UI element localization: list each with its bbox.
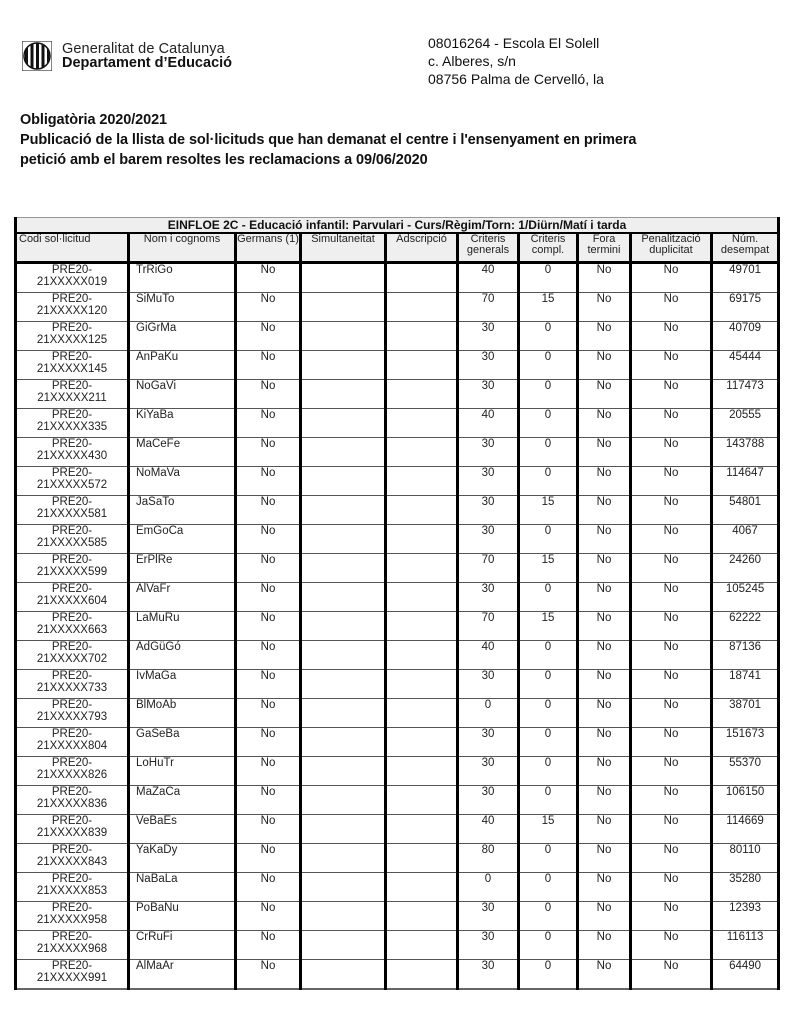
cell-compl: 0 bbox=[519, 409, 578, 438]
cell-generals: 30 bbox=[458, 902, 519, 931]
cell-fora: No bbox=[578, 786, 631, 815]
cell-desempat: 69175 bbox=[712, 293, 779, 322]
cell-adscr bbox=[386, 612, 458, 641]
cell-generals: 30 bbox=[458, 467, 519, 496]
cell-germans: No bbox=[236, 525, 301, 554]
col-adscripcio-header: Adscripció bbox=[386, 233, 458, 263]
col-penalitzacio-header: Penalització duplicitat bbox=[631, 233, 712, 263]
code-part1: PRE20- bbox=[17, 844, 127, 856]
cell-adscr bbox=[386, 496, 458, 525]
cell-adscr bbox=[386, 757, 458, 786]
code-part1: PRE20- bbox=[17, 902, 127, 914]
cell-penal: No bbox=[631, 554, 712, 583]
code-part1: PRE20- bbox=[17, 612, 127, 624]
table-row: PRE20-21XXXXX581JaSaToNo3015NoNo54801 bbox=[16, 496, 779, 525]
school-line1: 08016264 - Escola El Solell bbox=[428, 34, 604, 52]
cell-adscr bbox=[386, 409, 458, 438]
code-part2: 21XXXXX836 bbox=[17, 798, 127, 810]
cell-codi: PRE20-21XXXXX585 bbox=[16, 525, 129, 554]
cell-name: SiMuTo bbox=[129, 293, 236, 322]
code-part1: PRE20- bbox=[17, 641, 127, 653]
code-part2: 21XXXXX019 bbox=[17, 276, 127, 288]
cell-desempat: 45444 bbox=[712, 351, 779, 380]
cell-name: YaKaDy bbox=[129, 844, 236, 873]
cell-penal: No bbox=[631, 728, 712, 757]
cell-compl: 15 bbox=[519, 496, 578, 525]
cell-penal: No bbox=[631, 960, 712, 990]
cell-name: PoBaNu bbox=[129, 902, 236, 931]
col-desempat-header: Núm. desempat bbox=[712, 233, 779, 263]
cell-simult bbox=[301, 409, 386, 438]
cell-fora: No bbox=[578, 757, 631, 786]
table-row: PRE20-21XXXXX733IvMaGaNo300NoNo18741 bbox=[16, 670, 779, 699]
cell-fora: No bbox=[578, 670, 631, 699]
cell-adscr bbox=[386, 844, 458, 873]
cell-name: NoMaVa bbox=[129, 467, 236, 496]
cell-generals: 0 bbox=[458, 873, 519, 902]
school-address: 08016264 - Escola El Solell c. Alberes, … bbox=[428, 34, 604, 88]
table-row: PRE20-21XXXXX793BlMoAbNo00NoNo38701 bbox=[16, 699, 779, 728]
cell-desempat: 87136 bbox=[712, 641, 779, 670]
cell-penal: No bbox=[631, 786, 712, 815]
cell-fora: No bbox=[578, 525, 631, 554]
cell-germans: No bbox=[236, 931, 301, 960]
cell-generals: 70 bbox=[458, 612, 519, 641]
cell-name: AlMaAr bbox=[129, 960, 236, 990]
cell-adscr bbox=[386, 293, 458, 322]
cell-compl: 0 bbox=[519, 728, 578, 757]
cell-desempat: 64490 bbox=[712, 960, 779, 990]
cell-generals: 30 bbox=[458, 931, 519, 960]
table-row: PRE20-21XXXXX702AdGüGóNo400NoNo87136 bbox=[16, 641, 779, 670]
cell-penal: No bbox=[631, 815, 712, 844]
code-part1: PRE20- bbox=[17, 380, 127, 392]
cell-penal: No bbox=[631, 263, 712, 293]
cell-desempat: 62222 bbox=[712, 612, 779, 641]
cell-codi: PRE20-21XXXXX843 bbox=[16, 844, 129, 873]
table-row: PRE20-21XXXXX968CrRuFiNo300NoNo116113 bbox=[16, 931, 779, 960]
cell-desempat: 116113 bbox=[712, 931, 779, 960]
code-part1: PRE20- bbox=[17, 699, 127, 711]
cell-fora: No bbox=[578, 467, 631, 496]
cell-name: EmGoCa bbox=[129, 525, 236, 554]
code-part2: 21XXXXX804 bbox=[17, 740, 127, 752]
cell-desempat: 35280 bbox=[712, 873, 779, 902]
code-part1: PRE20- bbox=[17, 728, 127, 740]
cell-codi: PRE20-21XXXXX120 bbox=[16, 293, 129, 322]
cell-name: IvMaGa bbox=[129, 670, 236, 699]
code-part2: 21XXXXX663 bbox=[17, 624, 127, 636]
cell-desempat: 114669 bbox=[712, 815, 779, 844]
cell-compl: 0 bbox=[519, 873, 578, 902]
cell-simult bbox=[301, 263, 386, 293]
cell-generals: 40 bbox=[458, 641, 519, 670]
cell-fora: No bbox=[578, 960, 631, 990]
cell-codi: PRE20-21XXXXX836 bbox=[16, 786, 129, 815]
table-header-row: Codi sol·licitudNom i cognomsGermans (1)… bbox=[16, 233, 779, 263]
code-part1: PRE20- bbox=[17, 554, 127, 566]
cell-germans: No bbox=[236, 844, 301, 873]
code-part2: 21XXXXX733 bbox=[17, 682, 127, 694]
code-part2: 21XXXXX572 bbox=[17, 479, 127, 491]
cell-name: JaSaTo bbox=[129, 496, 236, 525]
cell-simult bbox=[301, 438, 386, 467]
cell-penal: No bbox=[631, 380, 712, 409]
code-part2: 21XXXXX430 bbox=[17, 450, 127, 462]
code-part2: 21XXXXX581 bbox=[17, 508, 127, 520]
cell-fora: No bbox=[578, 902, 631, 931]
cell-fora: No bbox=[578, 699, 631, 728]
cell-simult bbox=[301, 641, 386, 670]
cell-penal: No bbox=[631, 293, 712, 322]
code-part1: PRE20- bbox=[17, 960, 127, 972]
code-part1: PRE20- bbox=[17, 264, 127, 276]
cell-codi: PRE20-21XXXXX839 bbox=[16, 815, 129, 844]
cell-name: VeBaEs bbox=[129, 815, 236, 844]
cell-adscr bbox=[386, 322, 458, 351]
cell-penal: No bbox=[631, 351, 712, 380]
cell-name: CrRuFi bbox=[129, 931, 236, 960]
cell-germans: No bbox=[236, 351, 301, 380]
cell-desempat: 38701 bbox=[712, 699, 779, 728]
cell-compl: 0 bbox=[519, 263, 578, 293]
cell-codi: PRE20-21XXXXX581 bbox=[16, 496, 129, 525]
cell-simult bbox=[301, 931, 386, 960]
table-row: PRE20-21XXXXX826LoHuTrNo300NoNo55370 bbox=[16, 757, 779, 786]
cell-simult bbox=[301, 380, 386, 409]
cell-codi: PRE20-21XXXXX335 bbox=[16, 409, 129, 438]
cell-germans: No bbox=[236, 438, 301, 467]
cell-name: GiGrMa bbox=[129, 322, 236, 351]
cell-germans: No bbox=[236, 670, 301, 699]
cell-penal: No bbox=[631, 322, 712, 351]
code-part1: PRE20- bbox=[17, 293, 127, 305]
cell-simult bbox=[301, 467, 386, 496]
col-nom-header: Nom i cognoms bbox=[129, 233, 236, 263]
cell-desempat: 80110 bbox=[712, 844, 779, 873]
cell-compl: 15 bbox=[519, 612, 578, 641]
cell-name: AnPaKu bbox=[129, 351, 236, 380]
cell-fora: No bbox=[578, 728, 631, 757]
cell-germans: No bbox=[236, 293, 301, 322]
cell-adscr bbox=[386, 554, 458, 583]
code-part2: 21XXXXX120 bbox=[17, 305, 127, 317]
cell-desempat: 40709 bbox=[712, 322, 779, 351]
cell-codi: PRE20-21XXXXX991 bbox=[16, 960, 129, 990]
code-part2: 21XXXXX968 bbox=[17, 943, 127, 955]
cell-compl: 0 bbox=[519, 583, 578, 612]
table-row: PRE20-21XXXXX599ErPlReNo7015NoNo24260 bbox=[16, 554, 779, 583]
cell-adscr bbox=[386, 641, 458, 670]
cell-generals: 30 bbox=[458, 351, 519, 380]
code-part2: 21XXXXX853 bbox=[17, 885, 127, 897]
cell-compl: 15 bbox=[519, 554, 578, 583]
cell-fora: No bbox=[578, 641, 631, 670]
col-germans-header: Germans (1) bbox=[236, 233, 301, 263]
cell-simult bbox=[301, 873, 386, 902]
cell-simult bbox=[301, 786, 386, 815]
code-part1: PRE20- bbox=[17, 525, 127, 537]
cell-codi: PRE20-21XXXXX604 bbox=[16, 583, 129, 612]
cell-fora: No bbox=[578, 612, 631, 641]
organization-name: Generalitat de Catalunya Departament d’E… bbox=[62, 42, 232, 70]
cell-compl: 0 bbox=[519, 670, 578, 699]
cell-germans: No bbox=[236, 757, 301, 786]
cell-name: ErPlRe bbox=[129, 554, 236, 583]
title-description-1: Publicació de la llista de sol·licituds … bbox=[20, 130, 636, 150]
cell-generals: 0 bbox=[458, 699, 519, 728]
cell-penal: No bbox=[631, 496, 712, 525]
cell-compl: 0 bbox=[519, 931, 578, 960]
cell-generals: 30 bbox=[458, 670, 519, 699]
cell-codi: PRE20-21XXXXX211 bbox=[16, 380, 129, 409]
cell-adscr bbox=[386, 902, 458, 931]
cell-compl: 15 bbox=[519, 815, 578, 844]
cell-desempat: 143788 bbox=[712, 438, 779, 467]
cell-simult bbox=[301, 322, 386, 351]
cell-name: NoGaVi bbox=[129, 380, 236, 409]
table-row: PRE20-21XXXXX585EmGoCaNo300NoNo4067 bbox=[16, 525, 779, 554]
cell-compl: 0 bbox=[519, 699, 578, 728]
code-part2: 21XXXXX793 bbox=[17, 711, 127, 723]
cell-desempat: 151673 bbox=[712, 728, 779, 757]
code-part2: 21XXXXX599 bbox=[17, 566, 127, 578]
table-row: PRE20-21XXXXX843YaKaDyNo800NoNo80110 bbox=[16, 844, 779, 873]
cell-penal: No bbox=[631, 844, 712, 873]
cell-adscr bbox=[386, 263, 458, 293]
cell-compl: 0 bbox=[519, 351, 578, 380]
cell-simult bbox=[301, 728, 386, 757]
cell-compl: 15 bbox=[519, 293, 578, 322]
applications-table: EINFLOE 2C - Educació infantil: Parvular… bbox=[14, 217, 777, 990]
cell-adscr bbox=[386, 438, 458, 467]
table-row: PRE20-21XXXXX663LaMuRuNo7015NoNo62222 bbox=[16, 612, 779, 641]
cell-codi: PRE20-21XXXXX125 bbox=[16, 322, 129, 351]
cell-penal: No bbox=[631, 670, 712, 699]
cell-adscr bbox=[386, 351, 458, 380]
code-part1: PRE20- bbox=[17, 467, 127, 479]
code-part2: 21XXXXX826 bbox=[17, 769, 127, 781]
code-part2: 21XXXXX702 bbox=[17, 653, 127, 665]
cell-name: GaSeBa bbox=[129, 728, 236, 757]
cell-adscr bbox=[386, 699, 458, 728]
cell-penal: No bbox=[631, 409, 712, 438]
cell-name: NaBaLa bbox=[129, 873, 236, 902]
cell-desempat: 114647 bbox=[712, 467, 779, 496]
cell-adscr bbox=[386, 815, 458, 844]
table-row: PRE20-21XXXXX125GiGrMaNo300NoNo40709 bbox=[16, 322, 779, 351]
code-part1: PRE20- bbox=[17, 496, 127, 508]
cell-codi: PRE20-21XXXXX702 bbox=[16, 641, 129, 670]
cell-penal: No bbox=[631, 438, 712, 467]
table-row: PRE20-21XXXXX839VeBaEsNo4015NoNo114669 bbox=[16, 815, 779, 844]
cell-desempat: 12393 bbox=[712, 902, 779, 931]
cell-generals: 30 bbox=[458, 960, 519, 990]
cell-germans: No bbox=[236, 960, 301, 990]
cell-codi: PRE20-21XXXXX663 bbox=[16, 612, 129, 641]
code-part2: 21XXXXX843 bbox=[17, 856, 127, 868]
cell-simult bbox=[301, 699, 386, 728]
document-title: Obligatòria 2020/2021 Publicació de la l… bbox=[20, 110, 636, 170]
cell-adscr bbox=[386, 525, 458, 554]
cell-penal: No bbox=[631, 902, 712, 931]
cell-germans: No bbox=[236, 554, 301, 583]
table-row: PRE20-21XXXXX958PoBaNuNo300NoNo12393 bbox=[16, 902, 779, 931]
cell-penal: No bbox=[631, 612, 712, 641]
code-part1: PRE20- bbox=[17, 351, 127, 363]
code-part2: 21XXXXX991 bbox=[17, 972, 127, 984]
cell-adscr bbox=[386, 583, 458, 612]
cell-codi: PRE20-21XXXXX853 bbox=[16, 873, 129, 902]
cell-desempat: 24260 bbox=[712, 554, 779, 583]
code-part1: PRE20- bbox=[17, 409, 127, 421]
code-part2: 21XXXXX958 bbox=[17, 914, 127, 926]
table-row: PRE20-21XXXXX145AnPaKuNo300NoNo45444 bbox=[16, 351, 779, 380]
cell-generals: 30 bbox=[458, 728, 519, 757]
cell-adscr bbox=[386, 670, 458, 699]
cell-fora: No bbox=[578, 380, 631, 409]
cell-generals: 40 bbox=[458, 409, 519, 438]
cell-germans: No bbox=[236, 641, 301, 670]
cell-desempat: 105245 bbox=[712, 583, 779, 612]
code-part2: 21XXXXX125 bbox=[17, 334, 127, 346]
cell-desempat: 18741 bbox=[712, 670, 779, 699]
cell-generals: 30 bbox=[458, 583, 519, 612]
cell-adscr bbox=[386, 467, 458, 496]
title-year: Obligatòria 2020/2021 bbox=[20, 110, 636, 130]
cell-generals: 30 bbox=[458, 757, 519, 786]
cell-germans: No bbox=[236, 496, 301, 525]
code-part2: 21XXXXX145 bbox=[17, 363, 127, 375]
table-row: PRE20-21XXXXX853NaBaLaNo00NoNo35280 bbox=[16, 873, 779, 902]
cell-penal: No bbox=[631, 699, 712, 728]
cell-generals: 30 bbox=[458, 496, 519, 525]
cell-name: TrRiGo bbox=[129, 263, 236, 293]
cell-compl: 0 bbox=[519, 960, 578, 990]
cell-codi: PRE20-21XXXXX599 bbox=[16, 554, 129, 583]
cell-fora: No bbox=[578, 293, 631, 322]
org-line1: Generalitat de Catalunya bbox=[62, 42, 232, 56]
cell-compl: 0 bbox=[519, 322, 578, 351]
cell-compl: 0 bbox=[519, 844, 578, 873]
cell-penal: No bbox=[631, 873, 712, 902]
cell-germans: No bbox=[236, 699, 301, 728]
cell-simult bbox=[301, 554, 386, 583]
cell-generals: 30 bbox=[458, 786, 519, 815]
cell-adscr bbox=[386, 786, 458, 815]
cell-adscr bbox=[386, 960, 458, 990]
cell-fora: No bbox=[578, 409, 631, 438]
cell-compl: 0 bbox=[519, 525, 578, 554]
col-fora-termini-header: Fora termini bbox=[578, 233, 631, 263]
cell-compl: 0 bbox=[519, 786, 578, 815]
cell-penal: No bbox=[631, 641, 712, 670]
cell-fora: No bbox=[578, 554, 631, 583]
table-row: PRE20-21XXXXX019TrRiGoNo400NoNo49701 bbox=[16, 263, 779, 293]
cell-germans: No bbox=[236, 728, 301, 757]
cell-compl: 0 bbox=[519, 641, 578, 670]
title-description-2: petició amb el barem resoltes les reclam… bbox=[20, 150, 636, 170]
cell-fora: No bbox=[578, 873, 631, 902]
org-line2: Departament d’Educació bbox=[62, 56, 232, 70]
cell-germans: No bbox=[236, 786, 301, 815]
code-part1: PRE20- bbox=[17, 670, 127, 682]
cell-adscr bbox=[386, 728, 458, 757]
cell-fora: No bbox=[578, 351, 631, 380]
cell-germans: No bbox=[236, 583, 301, 612]
cell-generals: 40 bbox=[458, 815, 519, 844]
cell-generals: 30 bbox=[458, 438, 519, 467]
code-part2: 21XXXXX604 bbox=[17, 595, 127, 607]
cell-fora: No bbox=[578, 263, 631, 293]
cell-simult bbox=[301, 496, 386, 525]
cell-adscr bbox=[386, 380, 458, 409]
cell-codi: PRE20-21XXXXX572 bbox=[16, 467, 129, 496]
table-row: PRE20-21XXXXX335KiYaBaNo400NoNo20555 bbox=[16, 409, 779, 438]
cell-penal: No bbox=[631, 757, 712, 786]
cell-simult bbox=[301, 815, 386, 844]
code-part1: PRE20- bbox=[17, 583, 127, 595]
cell-compl: 0 bbox=[519, 467, 578, 496]
cell-compl: 0 bbox=[519, 757, 578, 786]
cell-germans: No bbox=[236, 873, 301, 902]
table-row: PRE20-21XXXXX991AlMaArNo300NoNo64490 bbox=[16, 960, 779, 990]
cell-fora: No bbox=[578, 815, 631, 844]
cell-simult bbox=[301, 525, 386, 554]
cell-simult bbox=[301, 583, 386, 612]
cell-name: LoHuTr bbox=[129, 757, 236, 786]
table-body: PRE20-21XXXXX019TrRiGoNo400NoNo49701PRE2… bbox=[16, 263, 779, 990]
cell-compl: 0 bbox=[519, 438, 578, 467]
cell-generals: 40 bbox=[458, 263, 519, 293]
cell-name: MaZaCa bbox=[129, 786, 236, 815]
code-part1: PRE20- bbox=[17, 322, 127, 334]
cell-codi: PRE20-21XXXXX968 bbox=[16, 931, 129, 960]
code-part1: PRE20- bbox=[17, 757, 127, 769]
table-row: PRE20-21XXXXX430MaCeFeNo300NoNo143788 bbox=[16, 438, 779, 467]
cell-simult bbox=[301, 612, 386, 641]
cell-adscr bbox=[386, 931, 458, 960]
cell-simult bbox=[301, 670, 386, 699]
cell-desempat: 54801 bbox=[712, 496, 779, 525]
table-row: PRE20-21XXXXX120SiMuToNo7015NoNo69175 bbox=[16, 293, 779, 322]
cell-desempat: 106150 bbox=[712, 786, 779, 815]
cell-generals: 30 bbox=[458, 380, 519, 409]
cell-penal: No bbox=[631, 583, 712, 612]
cell-simult bbox=[301, 293, 386, 322]
code-part2: 21XXXXX335 bbox=[17, 421, 127, 433]
cell-desempat: 4067 bbox=[712, 525, 779, 554]
cell-generals: 80 bbox=[458, 844, 519, 873]
cell-codi: PRE20-21XXXXX958 bbox=[16, 902, 129, 931]
school-line3: 08756 Palma de Cervelló, la bbox=[428, 70, 604, 88]
cell-germans: No bbox=[236, 612, 301, 641]
cell-desempat: 117473 bbox=[712, 380, 779, 409]
code-part2: 21XXXXX585 bbox=[17, 537, 127, 549]
cell-name: LaMuRu bbox=[129, 612, 236, 641]
code-part2: 21XXXXX211 bbox=[17, 392, 127, 404]
code-part2: 21XXXXX839 bbox=[17, 827, 127, 839]
cell-adscr bbox=[386, 873, 458, 902]
generalitat-stripes-icon bbox=[22, 41, 52, 71]
cell-name: AdGüGó bbox=[129, 641, 236, 670]
col-simultaneitat-header: Simultaneitat bbox=[301, 233, 386, 263]
cell-fora: No bbox=[578, 583, 631, 612]
cell-penal: No bbox=[631, 525, 712, 554]
cell-penal: No bbox=[631, 931, 712, 960]
cell-desempat: 20555 bbox=[712, 409, 779, 438]
cell-germans: No bbox=[236, 467, 301, 496]
